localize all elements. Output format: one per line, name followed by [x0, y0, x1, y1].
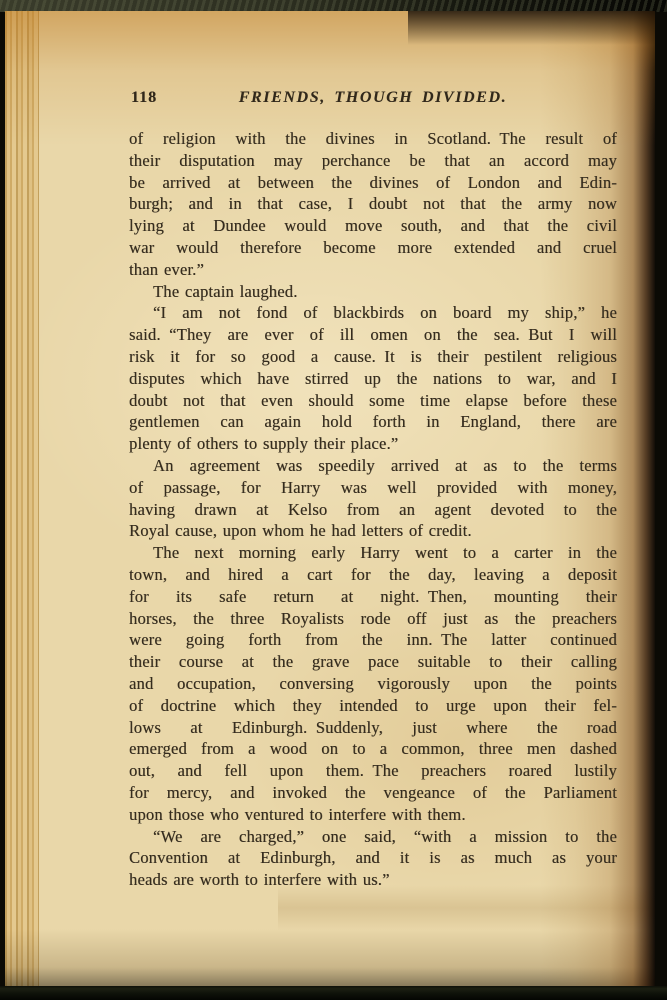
text-line: of passage, for Harry was well provided …: [129, 477, 617, 499]
page-header: 118 FRIENDS, THOUGH DIVIDED.: [129, 89, 617, 111]
text-line: Royal cause, upon whom he had letters of…: [129, 520, 617, 542]
text-line: lying at Dundee would move south, and th…: [129, 215, 617, 237]
text-line: “We are charged,” one said, “with a miss…: [129, 826, 617, 848]
text-line: The captain laughed.: [129, 281, 617, 303]
text-line: lows at Edinburgh. Suddenly, just where …: [129, 717, 617, 739]
text-line: An agreement was speedily arrived at as …: [129, 455, 617, 477]
text-line: Convention at Edinburgh, and it is as mu…: [129, 847, 617, 869]
text-line: disputes which have stirred up the natio…: [129, 368, 617, 390]
text-block: of religion with the divines in Scotland…: [129, 128, 617, 891]
text-line: emerged from a wood on to a common, thre…: [129, 738, 617, 760]
text-line: of doctrine which they intended to urge …: [129, 695, 617, 717]
text-line: than ever.”: [129, 259, 617, 281]
text-line: be arrived at between the divines of Lon…: [129, 172, 617, 194]
scanned-book-page: 118 FRIENDS, THOUGH DIVIDED. of religion…: [0, 0, 667, 1000]
text-line: and occupation, conversing vigorously up…: [129, 673, 617, 695]
text-line: The next morning early Harry went to a c…: [129, 542, 617, 564]
text-line: town, and hired a cart for the day, leav…: [129, 564, 617, 586]
text-line: for its safe return at night. Then, moun…: [129, 586, 617, 608]
text-line: risk it for so good a cause. It is their…: [129, 346, 617, 368]
text-line: gentlemen can again hold forth in Englan…: [129, 411, 617, 433]
text-line: heads are worth to interfere with us.”: [129, 869, 617, 891]
book-binding-bottom-edge: [0, 986, 667, 1000]
text-line: doubt not that even should some time ela…: [129, 390, 617, 412]
text-line: out, and fell upon them. The preachers r…: [129, 760, 617, 782]
text-line: having drawn at Kelso from an agent devo…: [129, 499, 617, 521]
page-number: 118: [131, 89, 157, 107]
text-line: plenty of others to supply their place.”: [129, 433, 617, 455]
text-line: upon those who ventured to interfere wit…: [129, 804, 617, 826]
book-page: 118 FRIENDS, THOUGH DIVIDED. of religion…: [5, 11, 655, 987]
text-line: said. “They are ever of ill omen on the …: [129, 324, 617, 346]
running-title: FRIENDS, THOUGH DIVIDED.: [129, 89, 617, 107]
text-line: their disputation may perchance be that …: [129, 150, 617, 172]
text-line: were going forth from the inn. The latte…: [129, 629, 617, 651]
text-line: “I am not fond of blackbirds on board my…: [129, 302, 617, 324]
text-line: horses, the three Royalists rode off jus…: [129, 608, 617, 630]
text-line: burgh; and in that case, I doubt not tha…: [129, 193, 617, 215]
text-line: war would therefore become more extended…: [129, 237, 617, 259]
page-content: 118 FRIENDS, THOUGH DIVIDED. of religion…: [5, 11, 655, 987]
text-line: of religion with the divines in Scotland…: [129, 128, 617, 150]
text-line: for mercy, and invoked the vengeance of …: [129, 782, 617, 804]
text-line: their course at the grave pace suitable …: [129, 651, 617, 673]
